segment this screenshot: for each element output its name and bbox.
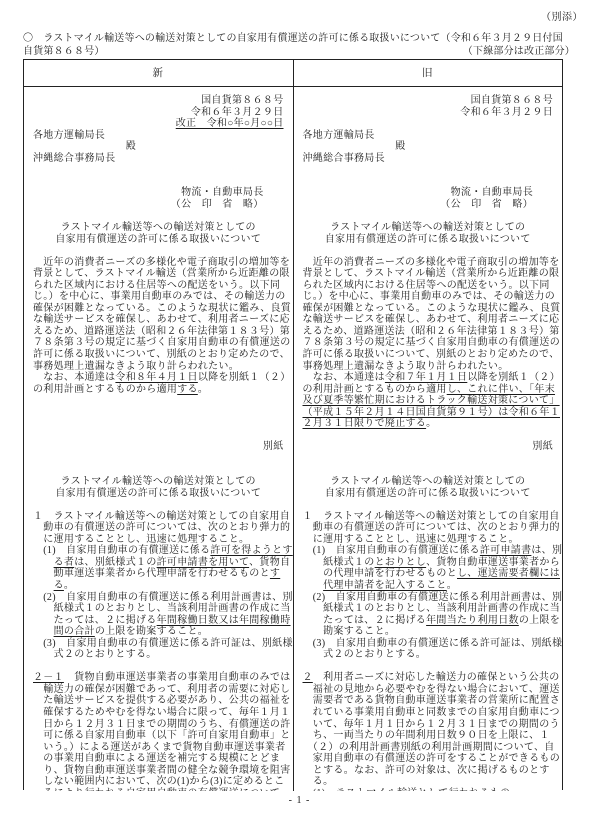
text-segment: 許可に係る取扱いについて、別紙のとおり定めたので、 [33, 349, 290, 360]
text-line: る。 [303, 776, 554, 788]
text-segment: 国自貨第８６８号 [201, 95, 283, 106]
text-segment: 勘案すること。 [303, 626, 396, 637]
text-line: 物流・自動車局長 [33, 187, 284, 199]
text-segment: 物流・自動車局長 [451, 187, 533, 198]
text-segment: （公 印 省 略） [171, 199, 264, 210]
text-line: の代理申請を行わせるものとし、運送需要者欄には [303, 568, 554, 580]
text-line [33, 418, 284, 430]
text-line: じ。）を中心に、事業用自動車のみでは、その輸送力の [33, 291, 284, 303]
attachment-label: （別添） [541, 8, 583, 23]
text-segment: 許可に係る取扱いについて、別紙のとおり定めたので、 [303, 349, 560, 360]
text-segment: 確保するためやむを得ない場合に限って、毎年１月１ [33, 707, 290, 718]
text-segment: は、別紙様式１の [74, 557, 156, 568]
text-line: 改正 令和○年○月○○日 [33, 118, 284, 130]
text-line: とする。なお、許可の対象は、次に掲げるものとす [303, 765, 554, 777]
text-segment [303, 580, 324, 591]
text-line: 紙様式１のとおりとし、当該利用計画書の作成に当 [33, 603, 284, 615]
revised-text-segment: 年間当たり利用日数 [426, 615, 519, 626]
text-line: えるため、道路運送法（昭和２６年法律第１８３号）第 [303, 326, 554, 338]
text-line: れている事業用自動車と同数までの自家用自動車につ [303, 707, 554, 719]
text-line: 物流・自動車局長 [303, 187, 554, 199]
text-line: ２ 利用者ニーズに対応した輸送力の確保という公共の [303, 672, 554, 684]
revised-text-segment: る者 [54, 557, 75, 568]
text-line: 沖縄総合事務局長 [303, 153, 554, 165]
text-line: 自家用有償運送の許可に係る取扱いについて [303, 488, 554, 500]
heading-line-2: 自貨第８６８号） （下線部分は改正部分） [23, 45, 575, 58]
text-line: 許可に係る取扱いについて、別紙のとおり定めたので、 [33, 349, 284, 361]
heading-text: 〇 ラストマイル輸送等への輸送対策としての自家用有償運送の許可に係る取扱いについ… [23, 33, 563, 44]
text-segment: 自家用有償運送の許可に係る取扱いについて [55, 488, 261, 499]
text-segment: 殿 [33, 141, 136, 152]
text-segment: 背景として、ラストマイル輸送（営業所から近距離の限 [33, 268, 290, 279]
text-segment: 輸送力の確保が困難であって、利用者の需要に対応し [33, 684, 290, 695]
text-segment: (1) 自家用自動車の有償運送に係る [303, 545, 480, 556]
text-line: に運用することとし、迅速に処理すること。 [303, 534, 554, 546]
column-new-content: 国自貨第８６８号令和６年３月２９日改正 令和○年○月○○日各地方運輸局長 殿沖縄… [24, 87, 294, 791]
column-header-old: 旧 [294, 60, 563, 86]
text-segment: ７８条第３号の規定に基づく自家用自動車の有償運送の [303, 337, 561, 348]
text-line: 間の合計の上限を勘案すること。 [33, 626, 284, 638]
revised-text-segment: ２－１ [33, 672, 64, 683]
text-line: いて、毎年１月１日から１２月３１日までの期間のう [303, 719, 554, 731]
text-segment: 確保が困難となっている。このような現状に鑑み、良質 [33, 303, 291, 314]
text-line: 動車の有償運送の許可については、次のとおり弾力的 [33, 522, 284, 534]
text-line: 確保するためやむを得ない場合に限って、毎年１月１ [33, 707, 284, 719]
comparison-table: 新 旧 国自貨第８６８号令和６年３月２９日改正 令和○年○月○○日各地方運輸局長… [23, 59, 563, 790]
text-segment: 利用者ニーズに対応した輸送力の確保という公共の [313, 672, 560, 683]
revised-text-segment: （平成１５年２月１４日国自貨第９１号）は令和６年１ [303, 407, 561, 418]
text-segment: 沖縄総合事務局長 [33, 153, 115, 164]
text-line: 背景として、ラストマイル輸送（営業所から近距離の限 [33, 268, 284, 280]
revised-text-segment: とおりとし [375, 557, 427, 568]
heading-text-continued: 自貨第８６８号） [23, 45, 105, 58]
text-line: な輸送サービスを確保し、あわせて、利用者ニーズに応 [303, 314, 554, 326]
text-line: 別紙 [303, 441, 554, 453]
text-line: る者は、別紙様式１の許可申請書を用いて、貨物自 [33, 557, 284, 569]
text-segment: じ。）を中心に、事業用自動車のみでは、その輸送力の [33, 291, 286, 302]
text-line: じ。）を中心に、事業用自動車のみでは、その輸送力の [303, 291, 554, 303]
text-line: ラストマイル輸送等への輸送対策としての [33, 476, 284, 488]
text-line: 動車運送事業者から代理申請を行わせるものとす [33, 568, 284, 580]
revised-text-segment: する [177, 384, 198, 395]
text-line: １ ラストマイル輸送等への輸送対策としての自家用自 [33, 511, 284, 523]
text-line: た輸送サービスを提供する必要があり、公共の福祉を [33, 695, 284, 707]
text-line [33, 430, 284, 442]
text-segment: 。 [198, 384, 208, 395]
revised-text-segment: す [270, 568, 280, 579]
text-segment: られた区域内における住居等への配送をいう。以下同 [33, 280, 280, 291]
text-segment: しない範囲内において、次の(1)から(3)に定めるとこ [33, 776, 285, 787]
text-segment: れている事業用自動車と同数までの自家用自動車につ [303, 707, 560, 718]
text-segment [33, 557, 54, 568]
revised-text-segment: 間の合計 [54, 626, 95, 637]
text-line: 別紙 [33, 441, 284, 453]
text-segment: の利用計画とするものから適用 [33, 384, 177, 395]
text-line: たっては、２に掲げる年間当たり利用日数の上限を [303, 615, 554, 627]
text-segment: えるため、道路運送法（昭和２６年法律第１８３号）第 [303, 326, 560, 337]
text-line: 式２のとおりとする。 [33, 649, 284, 661]
text-line: 近年の消費者ニーズの多様化や電子商取引の増加等を [303, 257, 554, 269]
text-segment: (2) 自家用自動車の有償運送に係る利用計画書は、別 [303, 592, 563, 603]
text-segment: 背景として、ラストマイル輸送（営業所から近距離の限 [303, 268, 560, 279]
text-segment: (1) 自家用自動車の有償運送に係る [33, 545, 210, 556]
text-line [33, 465, 284, 477]
text-line: に運用することとし、迅速に処理すること。 [33, 534, 284, 546]
text-segment: なお、本通達は [33, 372, 115, 383]
text-segment: たっては、２に掲げる [33, 615, 157, 626]
text-segment: ラストマイル輸送等への輸送対策としての [330, 476, 525, 487]
text-segment: の上限を [519, 615, 560, 626]
text-line: (3) 自家用自動車の有償運送に係る許可証は、別紙様 [33, 638, 284, 650]
text-line: り、貨物自動車運送事業者間の健全な競争環境を阻害 [33, 765, 284, 777]
text-line: (1) 自家用自動車の有償運送に係る許可を得ようとす [33, 545, 284, 557]
text-segment: 。 [447, 580, 457, 591]
text-segment: 福祉の見地から必要やむを得ない場合において、運送 [303, 684, 560, 695]
column-old-content: 国自貨第８６８号令和６年３月２９日 各地方運輸局長 殿沖縄総合事務局長 物流・自… [294, 87, 563, 791]
text-line: 福祉の見地から必要やむを得ない場合において、運送 [303, 684, 554, 696]
text-line: 殿 [303, 141, 554, 153]
text-segment: に運用することとし、迅速に処理すること。 [33, 534, 249, 545]
text-line [33, 245, 284, 257]
text-segment: 紙様式１のとおりとし、当該利用計画書の作成に当 [303, 603, 561, 614]
text-segment: 貨物自動車運送事業者の事業用自動車のみでは [64, 672, 291, 683]
text-segment: (1) ラストマイル輸送として行われるもの。 [303, 788, 521, 791]
text-segment: (3) 自家用自動車の有償運送に係る許可証は、別紙様 [303, 638, 563, 649]
text-line: （平成１５年２月１４日国自貨第９１号）は令和６年１ [303, 407, 554, 419]
revised-text-segment: 許可申請書 [480, 545, 532, 556]
text-segment: １ ラストマイル輸送等への輸送対策としての自家用自 [33, 511, 290, 522]
text-line: 式２のとおりとする。 [303, 649, 554, 661]
text-segment [33, 626, 54, 637]
text-line: 沖縄総合事務局長 [33, 153, 284, 165]
text-line: 許可に係る取扱いについて、別紙のとおり定めたので、 [303, 349, 554, 361]
text-segment: えるため、道路運送法（昭和２６年法律第１８３号）第 [33, 326, 290, 337]
text-line: ち、一両当たりの年間利用日数９０日を上限に、１ [303, 730, 554, 742]
text-line: 代理申請者を記入すること。 [303, 580, 554, 592]
text-line: 事務処理上遺漏なきよう取り計らわれたい。 [303, 361, 554, 373]
text-line: ろにより行われる自家用自動車の有償運送について [33, 788, 284, 791]
heading-line-1: 〇 ラストマイル輸送等への輸送対策としての自家用有償運送の許可に係る取扱いについ… [23, 32, 575, 45]
text-line [33, 164, 284, 176]
revised-text-segment: ２ [303, 672, 313, 683]
text-segment: 日から１２月３１日までの期間のうち、有償運送の許 [33, 719, 291, 730]
text-segment: 事務処理上遺漏なきよう取り計らわれたい。 [303, 361, 509, 372]
text-line [33, 176, 284, 188]
text-segment: ラストマイル輸送等への輸送対策としての [330, 222, 525, 233]
text-line [303, 465, 554, 477]
text-line: （公 印 省 略） [303, 199, 554, 211]
text-line [33, 453, 284, 465]
text-segment: ろにより行われる自家用自動車の有償運送について [33, 788, 280, 791]
text-segment: 自家用有償運送の許可に係る取扱いについて [325, 234, 531, 245]
text-line: たっては、２に掲げる年間稼働日数又は年間稼働時 [33, 615, 284, 627]
text-line: られた区域内における住居等への配送をいう。以下同 [303, 280, 554, 292]
text-line: 動車の有償運送の許可については、次のとおり弾力的 [303, 522, 554, 534]
text-line: 自家用有償運送の許可に係る取扱いについて [33, 488, 284, 500]
text-segment: 国自貨第８６８号 [471, 95, 553, 106]
text-segment: 動車運送事業者から代理申請を行わせるものと [33, 568, 270, 579]
text-segment: ラストマイル輸送等への輸送対策としての [61, 222, 256, 233]
text-segment: なお、本通達は [303, 372, 385, 383]
table-body-row: 国自貨第８６８号令和６年３月２９日改正 令和○年○月○○日各地方運輸局長 殿沖縄… [24, 87, 562, 791]
text-line: の利用計画とするものから適用し、これに伴い、「年末 [303, 384, 554, 396]
text-segment: た輸送サービスを提供する必要があり、公共の福祉を [33, 695, 291, 706]
text-line: 令和６年３月２９日 [303, 107, 554, 119]
text-line: しない範囲内において、次の(1)から(3)に定めるとこ [33, 776, 284, 788]
text-segment: ち、一両当たりの年間利用日数９０日を上限に、１ [303, 730, 550, 741]
revised-text-segment: ２月３１日限りで廃止する [303, 418, 427, 429]
text-segment: 近年の消費者ニーズの多様化や電子商取引の増加等を [33, 257, 290, 268]
text-line [303, 210, 554, 222]
text-segment: いう。）による運送があくまで貨物自動車運送事業者 [33, 742, 286, 753]
text-segment: 紙様式１のとおりとし、当該利用計画書の作成に当 [33, 603, 291, 614]
text-line [33, 407, 284, 419]
text-segment: じ。）を中心に、事業用自動車のみでは、その輸送力の [303, 291, 556, 302]
text-line [33, 210, 284, 222]
revised-text-segment: 年間稼働日数又は年間稼働時 [157, 615, 291, 626]
text-segment: 自家用有償運送の許可に係る取扱いについて [55, 234, 261, 245]
text-segment: り、貨物自動車運送事業者間の健全な競争環境を阻害 [33, 765, 291, 776]
text-line: えるため、道路運送法（昭和２６年法律第１８３号）第 [33, 326, 284, 338]
text-segment: の事業用自動車による運送を補完する規模にとどま [33, 753, 280, 764]
text-line: 各地方運輸局長 [303, 130, 554, 142]
underline-note: （下線部分は改正部分） [463, 45, 575, 58]
text-segment: 、貨物自 [249, 557, 290, 568]
text-line [33, 661, 284, 673]
text-segment: の上限を勘案すること。 [95, 626, 208, 637]
text-segment: 令和６年３月２９日 [460, 107, 553, 118]
text-line [33, 499, 284, 511]
revised-text-segment: 改正 令和○年○月○○日 [176, 118, 284, 129]
text-segment: ラストマイル輸送等への輸送対策としての [61, 476, 256, 487]
text-line [303, 430, 554, 442]
text-line: (3) 自家用自動車の有償運送に係る許可証は、別紙様 [303, 638, 554, 650]
text-segment: 近年の消費者ニーズの多様化や電子商取引の増加等を [303, 257, 560, 268]
text-segment: の代理申請を行わせるものと [303, 568, 458, 579]
text-line: ラストマイル輸送等への輸送対策としての [303, 476, 554, 488]
text-segment: 殿 [303, 141, 406, 152]
text-line: 国自貨第８６８号 [303, 95, 554, 107]
text-segment: な輸送サービスを確保し、あわせて、利用者ニーズに応 [303, 314, 560, 325]
table-header-row: 新 旧 [24, 60, 562, 87]
text-line: 確保が困難となっている。このような現状に鑑み、良質 [303, 303, 554, 315]
text-line: 背景として、ラストマイル輸送（営業所から近距離の限 [303, 268, 554, 280]
text-line: 各地方運輸局長 [33, 130, 284, 142]
text-segment: の利用計画とするものから適用 [303, 384, 447, 395]
text-segment: に運用することとし、迅速に処理すること。 [303, 534, 519, 545]
revised-text-segment: る [54, 580, 64, 591]
text-line: 自家用有償運送の許可に係る取扱いについて [33, 234, 284, 246]
text-segment: 動車の有償運送の許可については、次のとおり弾力的 [33, 522, 290, 533]
text-line: 紙様式１のとおりとし、貨物自動車運送事業者から [303, 557, 554, 569]
text-segment: 家用自動車の有償運送の許可をすることができるもの [303, 753, 561, 764]
text-line: ２月３１日限りで廃止する。 [303, 418, 554, 430]
text-segment: 物流・自動車局長 [181, 187, 263, 198]
text-line: ７８条第３号の規定に基づく自家用自動車の有償運送の [33, 337, 284, 349]
document-page: （別添） 〇 ラストマイル輸送等への輸送対策としての自家用有償運送の許可に係る取… [0, 0, 599, 825]
text-line: なお、本通達は令和７年１月１日以降を別紙１（２） [303, 372, 554, 384]
column-header-new: 新 [24, 60, 294, 86]
revised-text-segment: 令和８年４月１日 [115, 372, 197, 383]
text-segment: は、別 [531, 545, 562, 556]
document-heading: 〇 ラストマイル輸送等への輸送対策としての自家用有償運送の許可に係る取扱いについ… [23, 32, 575, 58]
text-segment: 確保が困難となっている。このような現状に鑑み、良質 [303, 303, 561, 314]
text-segment: な輸送サービスを確保し、あわせて、利用者ニーズに応 [33, 314, 290, 325]
text-line: 殿 [33, 141, 284, 153]
text-line: 勘案すること。 [303, 626, 554, 638]
text-segment: １ ラストマイル輸送等への輸送対策としての自家用自 [303, 511, 560, 522]
text-segment [33, 580, 54, 591]
text-line: な輸送サービスを確保し、あわせて、利用者ニーズに応 [33, 314, 284, 326]
text-segment: られた区域内における住居等への配送をいう。以下同 [303, 280, 550, 291]
text-line [303, 176, 554, 188]
text-segment: いて、毎年１月１日から１２月３１日までの期間のう [303, 719, 560, 730]
text-line: （公 印 省 略） [33, 199, 284, 211]
text-line [303, 453, 554, 465]
text-segment: 。 [426, 418, 436, 429]
text-line [303, 661, 554, 673]
text-segment: 。 [64, 580, 74, 591]
text-segment: 式２のとおりとする。 [303, 649, 427, 660]
text-segment: 別紙 [532, 441, 553, 452]
text-segment: (3) 自家用自動車の有償運送に係る許可証は、別紙様 [33, 638, 293, 649]
text-segment: （公 印 省 略） [440, 199, 533, 210]
text-segment: 各地方運輸局長 [33, 130, 105, 141]
text-line: 紙様式１のとおりとし、当該利用計画書の作成に当 [303, 603, 554, 615]
text-line: 近年の消費者ニーズの多様化や電子商取引の増加等を [33, 257, 284, 269]
text-line: なお、本通達は令和８年４月１日以降を別紙１（２） [33, 372, 284, 384]
text-segment: 事務処理上遺漏なきよう取り計らわれたい。 [33, 361, 239, 372]
text-segment: 令和６年３月２９日 [191, 107, 284, 118]
text-line: の事業用自動車による運送を補完する規模にとどま [33, 753, 284, 765]
text-segment: 自家用有償運送の許可に係る取扱いについて [325, 488, 531, 499]
text-line: （２）の利用計画書別紙の利用計画期間について、自 [303, 742, 554, 754]
text-segment: 需要者である貨物自動車運送事業者の営業所に配置さ [303, 695, 561, 706]
revised-text-segment: 代理申請者を記入すること [323, 580, 447, 591]
text-line: られた区域内における住居等への配送をいう。以下同 [33, 280, 284, 292]
text-line: る。 [33, 580, 284, 592]
text-line: 自家用有償運送の許可に係る取扱いについて [303, 234, 554, 246]
text-segment: 別紙 [263, 441, 284, 452]
text-segment: 、貨物自動車運送事業者から [426, 557, 560, 568]
text-line: 家用自動車の有償運送の許可をすることができるもの [303, 753, 554, 765]
text-segment: 式２のとおりとする。 [33, 649, 157, 660]
text-line: 及び夏季等繁忙期におけるトラック輸送対策について」 [303, 395, 554, 407]
revised-text-segment: 令和７年１月１日 [385, 372, 467, 383]
text-segment: (2) 自家用自動車の有償運送に係る利用計画書は、別 [33, 592, 293, 603]
text-segment: 紙様式１の [303, 557, 375, 568]
text-line [303, 245, 554, 257]
text-segment: 沖縄総合事務局長 [303, 153, 385, 164]
text-segment: 各地方運輸局長 [303, 130, 375, 141]
text-line: 確保が困難となっている。このような現状に鑑み、良質 [33, 303, 284, 315]
text-line: (2) 自家用自動車の有償運送に係る利用計画書は、別 [303, 592, 554, 604]
text-line: 国自貨第８６８号 [33, 95, 284, 107]
text-segment: たっては、２に掲げる [303, 615, 427, 626]
text-line: 需要者である貨物自動車運送事業者の営業所に配置さ [303, 695, 554, 707]
text-line: ７８条第３号の規定に基づく自家用自動車の有償運送の [303, 337, 554, 349]
text-line: いう。）による運送があくまで貨物自動車運送事業者 [33, 742, 284, 754]
text-line: 事務処理上遺漏なきよう取り計らわれたい。 [33, 361, 284, 373]
text-line [303, 164, 554, 176]
text-line: 可に係る自家用自動車（以下「許可自家用自動車」と [33, 730, 284, 742]
text-line [303, 118, 554, 130]
page-number: - 1 - [0, 795, 599, 806]
text-line: の利用計画とするものから適用する。 [33, 384, 284, 396]
text-segment: 以降を別紙１（２） [467, 372, 560, 383]
text-segment: （２）の利用計画書別紙の利用計画期間について、自 [303, 742, 555, 753]
text-line: ２－１ 貨物自動車運送事業者の事業用自動車のみでは [33, 672, 284, 684]
text-segment: ７８条第３号の規定に基づく自家用自動車の有償運送の [33, 337, 291, 348]
text-segment: る。 [303, 776, 334, 787]
text-line: 日から１２月３１日までの期間のうち、有償運送の許 [33, 719, 284, 731]
text-line: (2) 自家用自動車の有償運送に係る利用計画書は、別 [33, 592, 284, 604]
text-line: (1) ラストマイル輸送として行われるもの。 [303, 788, 554, 791]
text-segment: とする。なお、許可の対象は、次に掲げるものとす [303, 765, 550, 776]
text-line: ラストマイル輸送等への輸送対策としての [303, 222, 554, 234]
text-line: 輸送力の確保が困難であって、利用者の需要に対応し [33, 684, 284, 696]
text-line [33, 395, 284, 407]
text-line: １ ラストマイル輸送等への輸送対策としての自家用自 [303, 511, 554, 523]
text-line: ラストマイル輸送等への輸送対策としての [33, 222, 284, 234]
text-segment: 可に係る自家用自動車（以下「許可自家用自動車」と [33, 730, 291, 741]
revised-text-segment: 許可を得ようとす [210, 545, 292, 556]
revised-text-segment: し、運送需要者欄には [457, 568, 560, 579]
text-segment: 動車の有償運送の許可については、次のとおり弾力的 [303, 522, 560, 533]
revised-text-segment: し、これに伴い、「年末 [447, 384, 555, 395]
text-line: (1) 自家用自動車の有償運送に係る許可申請書は、別 [303, 545, 554, 557]
text-line [303, 499, 554, 511]
revised-text-segment: 許可申請書を用いて [157, 557, 250, 568]
text-line: 令和６年３月２９日 [33, 107, 284, 119]
revised-text-segment: 及び夏季等繁忙期におけるトラック輸送対策について」 [303, 395, 560, 406]
text-segment: 以降を別紙１（２） [198, 372, 291, 383]
